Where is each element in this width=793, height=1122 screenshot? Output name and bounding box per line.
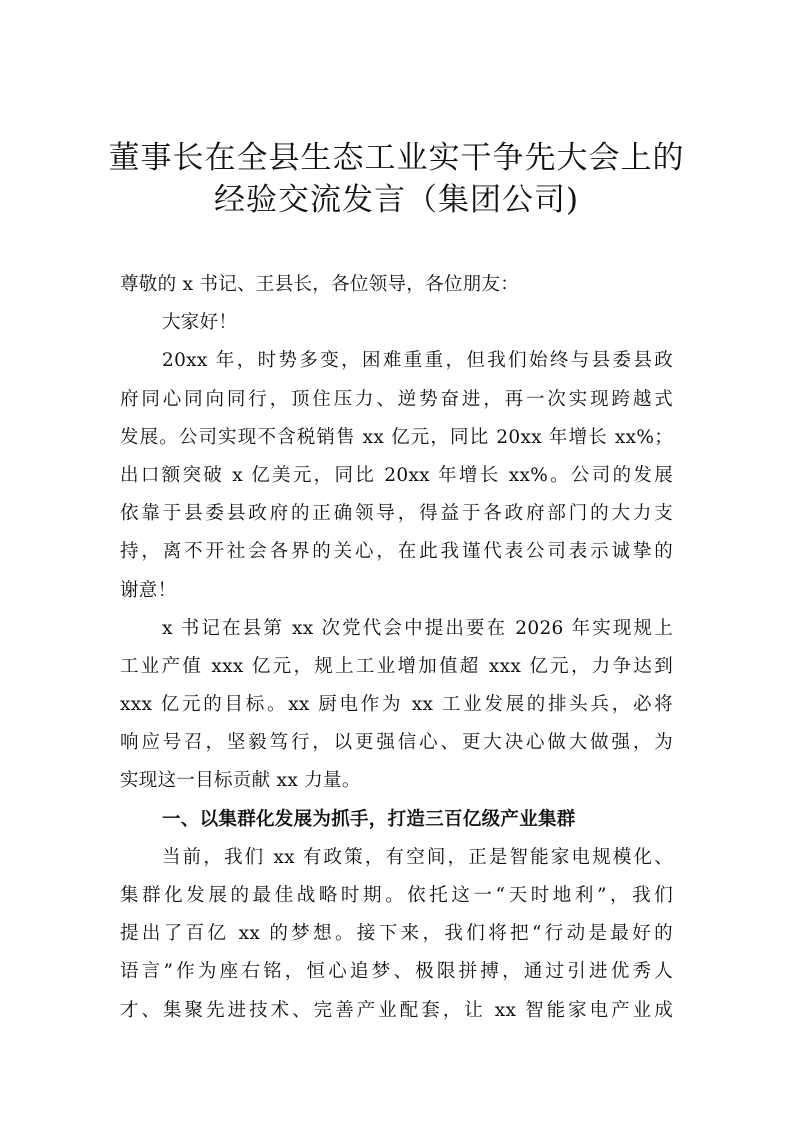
paragraph-2-line: xxx 亿元的目标。xx 厨电作为 xx 工业发展的排头兵，必将 — [120, 686, 673, 724]
section-paragraph-line: 提出了百亿 xx 的梦想。接下来，我们将把“行动是最好的 — [120, 915, 673, 953]
document-title-line-1: 董事长在全县生态工业实干争先大会上的 — [0, 138, 793, 178]
document-body: 尊敬的 x 书记、王县长，各位领导，各位朋友： 大家好！ 20xx 年，时势多变… — [120, 266, 673, 1030]
paragraph-2-line: x 书记在县第 xx 次党代会中提出要在 2026 年实现规上 — [120, 610, 673, 648]
section-paragraph-line: 当前，我们 xx 有政策，有空间，正是智能家电规模化、 — [120, 839, 673, 877]
section-paragraph-line: 才、集聚先进技术、完善产业配套，让 xx 智能家电产业成 — [120, 992, 673, 1030]
salutation: 尊敬的 x 书记、王县长，各位领导，各位朋友： — [120, 266, 673, 304]
greeting: 大家好！ — [120, 304, 673, 342]
document-title-line-2: 经验交流发言（集团公司) — [0, 180, 793, 220]
section-paragraph-line: 语言”作为座右铭，恒心追梦、极限拼搏，通过引进优秀人 — [120, 953, 673, 991]
paragraph-1-line: 依靠于县委县政府的正确领导，得益于各政府部门的大力支 — [120, 495, 673, 533]
paragraph-1-line: 谢意！ — [120, 572, 673, 610]
paragraph-2-line: 响应号召，坚毅笃行，以更强信心、更大决心做大做强，为 — [120, 724, 673, 762]
paragraph-1-line: 府同心同向同行，顶住压力、逆势奋进，再一次实现跨越式 — [120, 381, 673, 419]
paragraph-1-line: 持，离不开社会各界的关心，在此我谨代表公司表示诚挚的 — [120, 533, 673, 571]
section-paragraph-line: 集群化发展的最佳战略时期。依托这一“天时地利”，我们 — [120, 877, 673, 915]
paragraph-1-line: 出口额突破 x 亿美元，同比 20xx 年增长 xx%。公司的发展 — [120, 457, 673, 495]
paragraph-2-line: 实现这一目标贡献 xx 力量。 — [120, 762, 673, 800]
section-heading: 一、以集群化发展为抓手，打造三百亿级产业集群 — [120, 801, 673, 839]
paragraph-1-line: 发展。公司实现不含税销售 xx 亿元，同比 20xx 年增长 xx%； — [120, 419, 673, 457]
document-page: 董事长在全县生态工业实干争先大会上的 经验交流发言（集团公司) 尊敬的 x 书记… — [0, 0, 793, 1122]
paragraph-1-line: 20xx 年，时势多变，困难重重，但我们始终与县委县政 — [120, 342, 673, 380]
paragraph-2-line: 工业产值 xxx 亿元，规上工业增加值超 xxx 亿元，力争达到 — [120, 648, 673, 686]
